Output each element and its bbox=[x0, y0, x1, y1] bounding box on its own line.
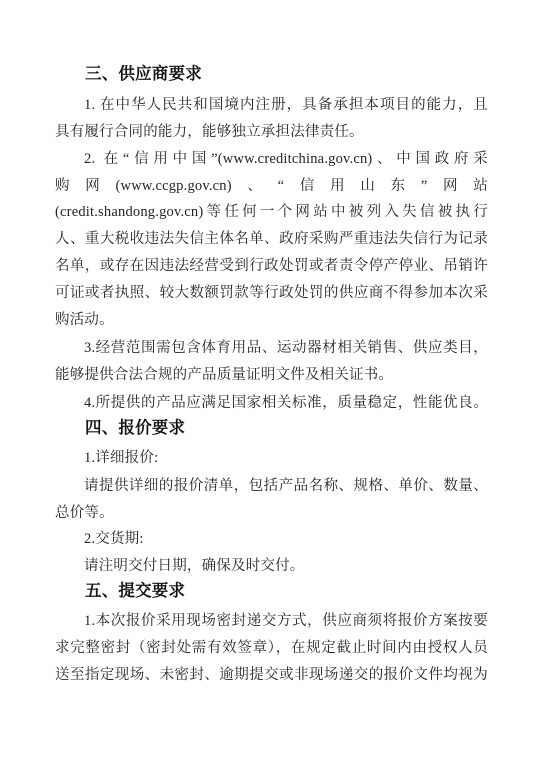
text-line: 2.交货期: bbox=[55, 530, 488, 548]
text-line: 具有履行合同的能力，能够独立承担法律责任。 bbox=[55, 123, 488, 141]
text-line: 人、重大税收违法失信主体名单、政府采购严重违法失信行为记录 bbox=[55, 230, 488, 248]
section-heading: 五、提交要求 bbox=[55, 581, 488, 602]
text-line: 2. 在“信用中国”(www.creditchina.gov.cn)、中国政府采 bbox=[55, 150, 488, 168]
text-line: 购网(www.ccgp.gov.cn)、“信用山东”网站 bbox=[55, 177, 488, 195]
text-line: 购活动。 bbox=[55, 311, 488, 329]
text-line: 总价等。 bbox=[55, 504, 488, 522]
text-line: 请注明交付日期，确保及时交付。 bbox=[55, 557, 488, 575]
text-line: 请提供详细的报价清单，包括产品名称、规格、单价、数量、 bbox=[55, 477, 488, 495]
document-page: 三、供应商要求1. 在中华人民共和国境内注册，具备承担本项目的能力，且具有履行合… bbox=[55, 0, 488, 768]
section-heading: 四、报价要求 bbox=[55, 418, 488, 439]
text-line: 可证或者执照、较大数额罚款等行政处罚的供应商不得参加本次采 bbox=[55, 284, 488, 302]
text-line: 能够提供合法合规的产品质量证明文件及相关证书。 bbox=[55, 366, 488, 384]
text-line: 1.本次报价采用现场密封递交方式，供应商须将报价方案按要 bbox=[55, 612, 488, 630]
text-line: 送至指定现场、未密封、逾期提交或非现场递交的报价文件均视为 bbox=[55, 666, 488, 684]
text-line: 1.详细报价: bbox=[55, 449, 488, 467]
text-line: 3.经营范围需包含体育用品、运动器材相关销售、供应类目， bbox=[55, 339, 488, 357]
text-line: 1. 在中华人民共和国境内注册，具备承担本项目的能力，且 bbox=[55, 96, 488, 114]
section-heading: 三、供应商要求 bbox=[55, 64, 488, 85]
text-line: 4.所提供的产品应满足国家相关标准，质量稳定，性能优良。 bbox=[55, 394, 488, 412]
text-line: 求完整密封（密封处需有效签章），在规定截止时间内由授权人员 bbox=[55, 639, 488, 657]
text-line: 名单，或存在因违法经营受到行政处罚或者责令停产停业、吊销许 bbox=[55, 257, 488, 275]
text-line: (credit.shandong.gov.cn)等任何一个网站中被列入失信被执行 bbox=[55, 203, 488, 221]
